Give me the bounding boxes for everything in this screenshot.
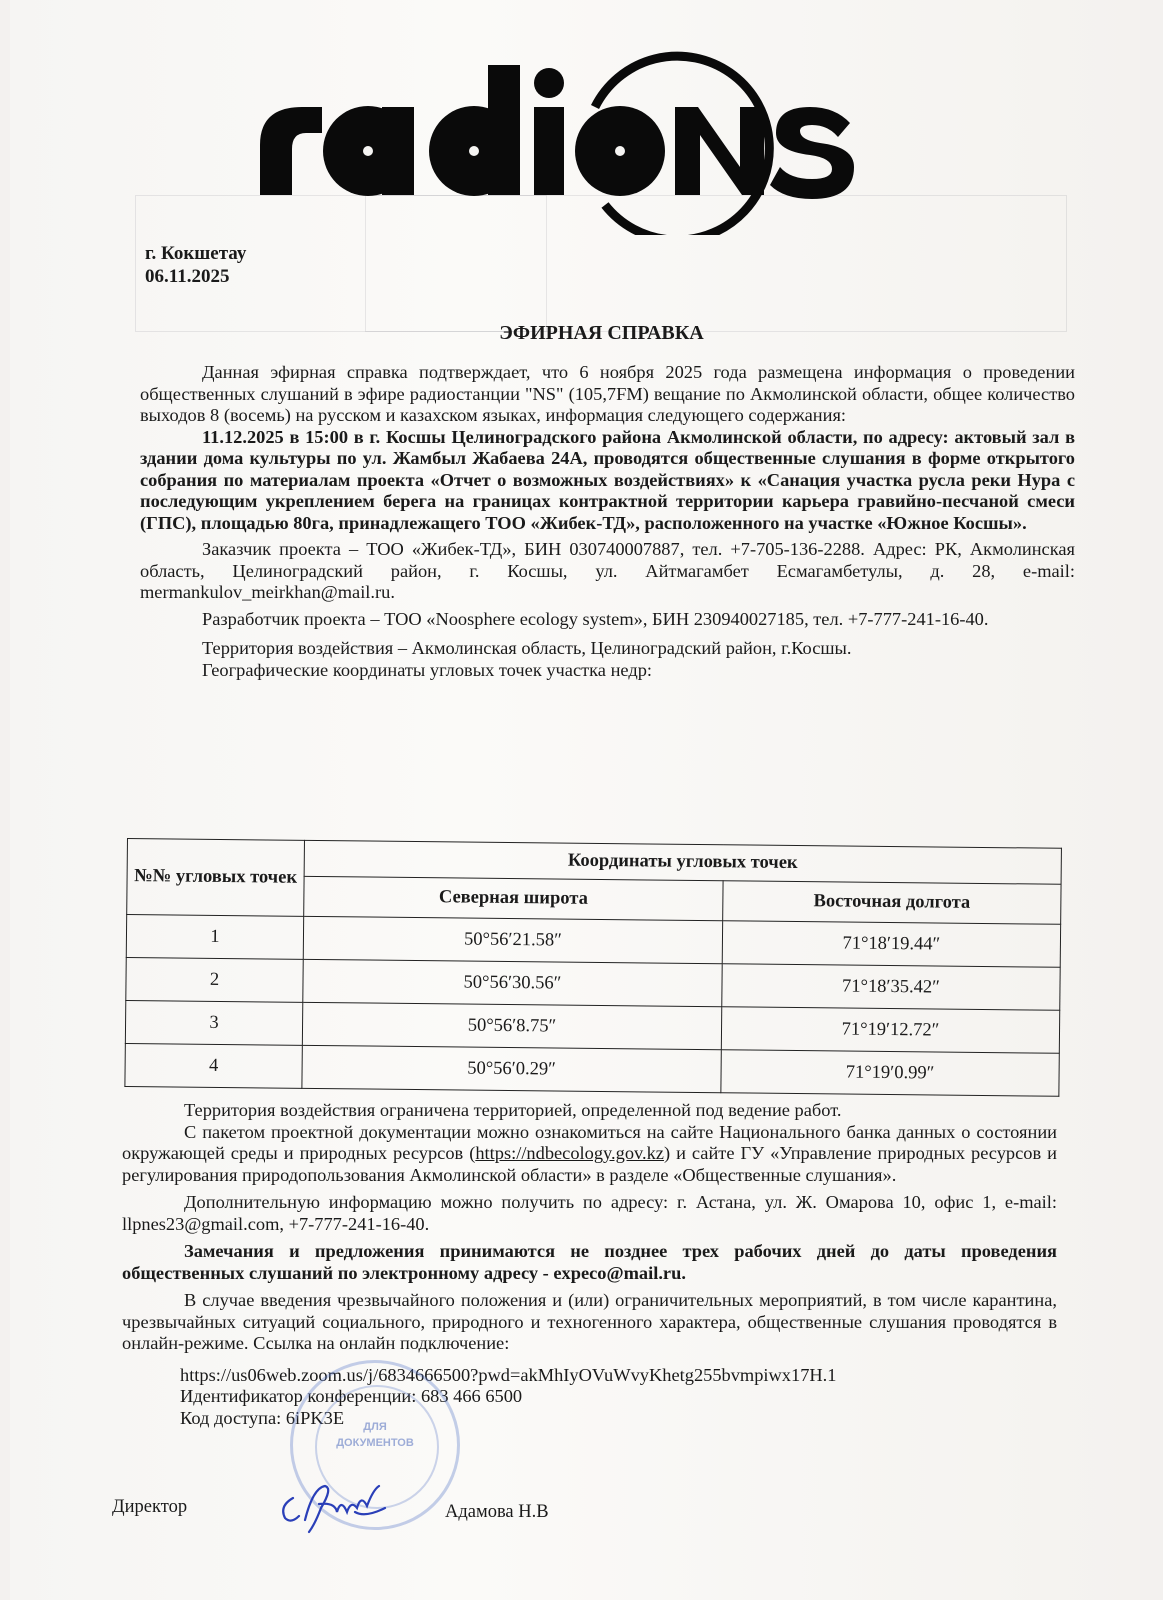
ndbecology-link[interactable]: https://ndbecology.gov.kz	[475, 1143, 664, 1163]
stamp-text-2: ДОКУМЕНТОВ	[293, 1437, 457, 1449]
announcement-paragraph: 11.12.2025 в 15:00 в г. Косшы Целиноград…	[140, 427, 1075, 535]
territory-limit-paragraph: Территория воздействия ограничена террит…	[122, 1100, 1057, 1122]
latitude: 50°56′8.75″	[302, 1002, 721, 1049]
stamp-text-1: ДЛЯ	[293, 1421, 457, 1433]
customer-paragraph: Заказчик проекта – ТОО «Жибек-ТД», БИН 0…	[140, 539, 1075, 604]
developer-paragraph: Разработчик проекта – ТОО «Noosphere eco…	[140, 609, 1075, 631]
point-number: 4	[125, 1043, 302, 1088]
point-number: 3	[125, 1000, 302, 1045]
latitude: 50°56′21.58″	[303, 916, 722, 963]
city: г. Кокшетау	[145, 242, 246, 265]
latitude: 50°56′30.56″	[303, 959, 722, 1006]
territory-paragraph: Территория воздействия – Акмолинская обл…	[140, 638, 1075, 660]
header-latitude: Северная широта	[304, 876, 723, 920]
remarks-paragraph: Замечания и предложения принимаются не п…	[122, 1241, 1057, 1284]
latitude: 50°56′0.29″	[302, 1045, 721, 1092]
longitude: 71°18′35.42″	[722, 964, 1060, 1011]
emergency-paragraph: В случае введения чрезвычайного положени…	[122, 1290, 1057, 1355]
point-number: 1	[126, 915, 303, 960]
zoom-link[interactable]: https://us06web.zoom.us/j/6834666500?pwd…	[180, 1365, 1057, 1387]
docs-paragraph: С пакетом проектной документации можно о…	[122, 1122, 1057, 1187]
signature-row: Директор	[112, 1497, 187, 1518]
radio-ns-logo	[250, 45, 870, 235]
extra-info-paragraph: Дополнительную информацию можно получить…	[122, 1192, 1057, 1235]
header-point-number: №№ угловых точек	[127, 839, 305, 917]
longitude: 71°19′12.72″	[721, 1007, 1059, 1054]
coordinates-table: №№ угловых точек Координаты угловых точе…	[124, 838, 1062, 1097]
header-longitude: Восточная долгота	[723, 881, 1061, 925]
document-title: ЭФИРНАЯ СПРАВКА	[0, 322, 1163, 345]
online-block: https://us06web.zoom.us/j/6834666500?pwd…	[122, 1365, 1057, 1430]
city-date-block: г. Кокшетау 06.11.2025	[145, 242, 246, 288]
table-row: 4 50°56′0.29″ 71°19′0.99″	[125, 1043, 1059, 1096]
body-section-2: Территория воздействия ограничена террит…	[122, 1100, 1057, 1429]
director-name: Адамова Н.В	[445, 1502, 549, 1523]
signature-icon	[275, 1478, 395, 1538]
longitude: 71°19′0.99″	[721, 1050, 1059, 1097]
director-label: Директор	[112, 1497, 187, 1517]
longitude: 71°18′19.44″	[722, 921, 1060, 968]
point-number: 2	[126, 957, 303, 1002]
intro-paragraph: Данная эфирная справка подтверждает, что…	[140, 362, 1075, 427]
coords-intro: Географические координаты угловых точек …	[140, 660, 1075, 682]
body-section-1: Данная эфирная справка подтверждает, что…	[140, 362, 1075, 681]
date: 06.11.2025	[145, 265, 246, 288]
